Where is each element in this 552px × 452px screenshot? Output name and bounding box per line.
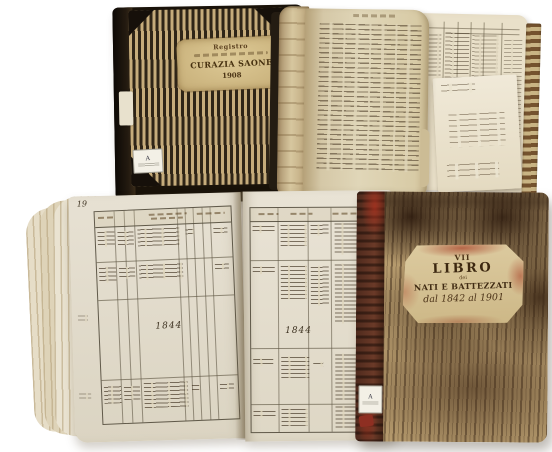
- table-header-line: [416, 27, 520, 30]
- margin-mark: [79, 392, 91, 400]
- entry-writing: [192, 384, 200, 390]
- entry-writing: [311, 266, 329, 306]
- entry-writing: [311, 224, 329, 236]
- red-spine-patch: [359, 415, 374, 428]
- entry-writing: [213, 227, 227, 234]
- page-stack-sliver: [420, 129, 430, 187]
- year-mark: 1844: [155, 321, 182, 332]
- header-text: [258, 213, 278, 215]
- col-godparents: [309, 208, 333, 432]
- entry-writing: [281, 224, 307, 246]
- leather-corner-top-left: [128, 8, 173, 49]
- archive-label-lines: [362, 401, 379, 404]
- year-mark: 1844: [285, 326, 312, 336]
- entry-writing: [119, 267, 135, 280]
- label-subject: NATI E BATTEZZATI: [402, 279, 524, 292]
- sheet-writing: [441, 82, 475, 94]
- manuscript-heading-line: [353, 14, 395, 18]
- brown-book-title-label: VII LIBRO dei NATI E BATTEZZATI dal 1842…: [401, 242, 525, 325]
- entry-writing: [117, 231, 134, 246]
- photo-old-parish-registers: Registro CURAZIA SAONE 1908 A: [0, 0, 552, 452]
- entry-writing: [104, 385, 122, 404]
- label-date-range: dal 1842 al 1901: [403, 291, 525, 305]
- entry-writing: [281, 408, 307, 426]
- margin-mark: [78, 314, 88, 322]
- worn-brown-register-book: VII LIBRO dei NATI E BATTEZZATI dal 1842…: [355, 191, 549, 442]
- header-text: [332, 213, 358, 215]
- sheet-writing: [448, 111, 506, 148]
- manuscript-handwriting: [316, 22, 421, 172]
- col-name: [250, 208, 279, 432]
- entry-writing: [99, 266, 117, 283]
- ledger-table-left: 1844: [94, 205, 241, 425]
- entry-writing: [139, 263, 184, 281]
- entry-writing: [281, 265, 307, 299]
- entry-writing: [144, 380, 189, 408]
- entry-writing: [97, 230, 115, 247]
- entry-writing: [253, 225, 275, 233]
- spine-tab-label: [119, 91, 134, 125]
- entry-writing: [254, 410, 276, 418]
- archive-label: A: [132, 148, 163, 174]
- entry-writing: [253, 358, 273, 366]
- archive-code: A: [146, 156, 151, 162]
- archive-label-lines: [138, 163, 159, 167]
- entry-writing: [220, 382, 234, 389]
- entry-writing: [253, 266, 275, 274]
- label-title-line: Registro: [176, 40, 284, 53]
- ledger-left-page: 19: [69, 192, 248, 443]
- archive-label: A: [358, 385, 382, 413]
- sheet-writing: [447, 161, 500, 180]
- header-text: [290, 213, 312, 215]
- open-manuscript-book: [269, 4, 432, 203]
- entry-writing: [313, 362, 323, 367]
- entry-writing: [185, 228, 193, 234]
- loose-letter-sheet: [433, 74, 522, 192]
- entry-writing: [137, 227, 180, 247]
- left-page-number: 19: [77, 199, 87, 208]
- entry-writing: [124, 385, 141, 400]
- entry-writing: [281, 356, 309, 378]
- entry-writing: [215, 263, 229, 270]
- archive-code: A: [368, 394, 372, 400]
- label-handwritten-line: [194, 51, 267, 57]
- open-ledger-spread: 19: [27, 184, 378, 450]
